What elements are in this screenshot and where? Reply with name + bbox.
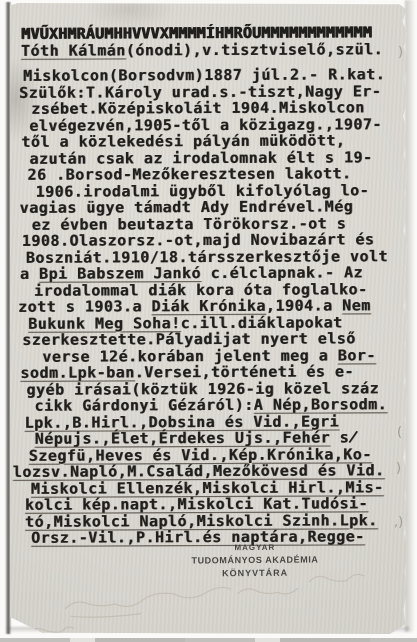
pencil-mark: ) (396, 461, 401, 476)
scanned-page: MVŰXHMRÁUMHHVVVXMMMMÍHMRŐUMMMMMMMMMMMM T… (0, 0, 417, 642)
typewriter-text: MVŰXHMRÁUMHHVVVXMMMMÍHMRŐUMMMMMMMMMMMM T… (9, 24, 411, 546)
typed-text-segment: s̸ (330, 428, 358, 446)
typed-text-segment: Tóth Kálmán (21, 41, 126, 59)
scan-border-bottom (0, 638, 417, 642)
typed-text-segment: Nem (342, 296, 371, 314)
pencil-mark: ( (397, 425, 402, 440)
index-card: MVŰXHMRÁUMHHVVVXMMMMÍHMRŐUMMMMMMMMMMMM T… (10, 3, 410, 634)
stamp-line-1: MAGYAR (170, 542, 340, 552)
typed-line: Tóth Kálmán(ónodi),v.tisztviselő,szül. (9, 41, 409, 59)
pencil-mark: ,) (394, 515, 403, 530)
faint-handwriting (10, 561, 410, 633)
typed-text-segment: (ónodi),v.tisztviselő,szül. (126, 40, 383, 59)
pencil-mark: ) (398, 45, 403, 60)
typed-lines-container: Tóth Kálmán(ónodi),v.tisztviselő,szül.Mi… (9, 41, 411, 547)
typed-text-segment: Bor- (338, 346, 376, 364)
typed-text-segment: a (20, 265, 39, 283)
